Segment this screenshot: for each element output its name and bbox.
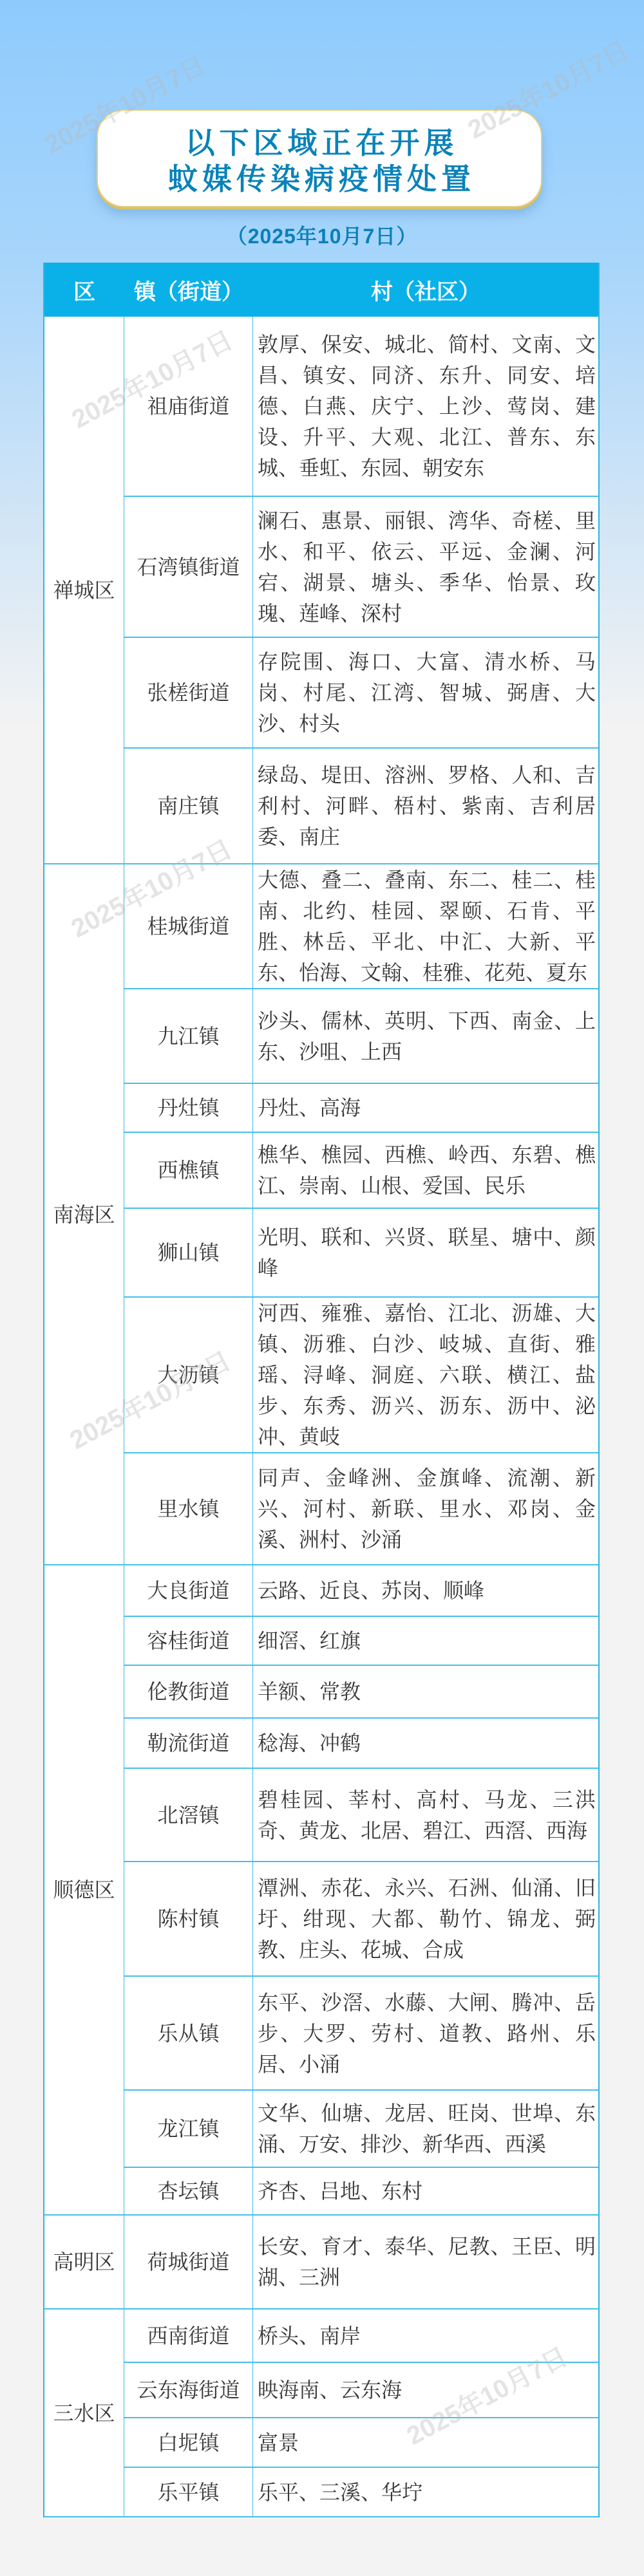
villages-cell: 细滘、红旗 [253,1617,598,1666]
villages-list: 乐平、三溪、华坾 [258,2477,596,2508]
villages-cell: 同声、金峰洲、金旗峰、流潮、新兴、河村、新联、里水、邓岗、金溪、洲村、沙涌 [253,1453,598,1565]
villages-cell: 大德、叠二、叠南、东二、桂二、桂南、北约、桂园、翠颐、石肯、平胜、林岳、平北、中… [253,864,598,989]
town-cell: 西樵镇 [124,1133,253,1209]
villages-list: 沙头、儒林、英明、下西、南金、上东、沙咀、上西 [258,1005,596,1067]
district-cell: 南海区 [44,864,124,1565]
villages-list: 同声、金峰洲、金旗峰、流潮、新兴、河村、新联、里水、邓岗、金溪、洲村、沙涌 [258,1462,596,1555]
town-cell: 乐从镇 [124,1977,253,2091]
villages-cell: 映海南、云东海 [253,2363,598,2418]
town-cell: 西南街道 [124,2310,253,2363]
villages-list: 澜石、惠景、丽银、湾华、奇槎、里水、和平、依云、平远、金澜、河宕、湖景、塘头、季… [258,505,596,629]
area-table: 区 镇（街道） 村（社区） 禅城区祖庙街道敦厚、保安、城北、简村、文南、文昌、镇… [43,263,600,2517]
district-cell: 禅城区 [44,317,124,864]
town-cell: 云东海街道 [124,2363,253,2418]
town-cell: 伦教街道 [124,1666,253,1719]
villages-cell: 存院围、海口、大富、清水桥、马岗、村尾、江湾、智城、弼唐、大沙、村头 [253,638,598,749]
date-label: （2025年10月7日） [0,223,644,249]
villages-cell: 齐杏、吕地、东村 [253,2168,598,2216]
header-town: 镇（街道） [124,263,253,317]
district-cell: 高明区 [44,2216,124,2310]
villages-list: 河西、雍雅、嘉怡、江北、沥雄、大镇、沥雅、白沙、岐城、直街、雅瑶、浔峰、洞庭、六… [258,1298,596,1452]
villages-cell: 丹灶、高海 [253,1084,598,1133]
villages-cell: 光明、联和、兴贤、联星、塘中、颜峰 [253,1209,598,1298]
villages-list: 富景 [258,2427,596,2458]
town-cell: 南庄镇 [124,749,253,864]
villages-cell: 桥头、南岸 [253,2310,598,2363]
villages-list: 敦厚、保安、城北、简村、文南、文昌、镇安、同济、东升、同安、培德、白燕、庆宁、上… [258,329,596,483]
villages-cell: 长安、育才、泰华、尼教、王臣、明湖、三洲 [253,2216,598,2310]
header-village: 村（社区） [253,263,598,317]
villages-list: 绿岛、堤田、溶洲、罗格、人和、吉利村、河畔、梧村、紫南、吉利居委、南庄 [258,760,596,852]
town-cell: 大良街道 [124,1565,253,1617]
villages-cell: 稔海、冲鹤 [253,1719,598,1769]
villages-cell: 河西、雍雅、嘉怡、江北、沥雄、大镇、沥雅、白沙、岐城、直街、雅瑶、浔峰、洞庭、六… [253,1298,598,1453]
notice-page: 以下区域正在开展 蚊媒传染病疫情处置 （2025年10月7日） 区 镇（街道） … [0,0,644,2576]
villages-list: 云路、近良、苏岗、顺峰 [258,1575,596,1606]
district-cell: 顺德区 [44,1565,124,2216]
town-cell: 乐平镇 [124,2468,253,2517]
villages-cell: 羊额、常教 [253,1666,598,1719]
villages-cell: 富景 [253,2418,598,2468]
villages-list: 长安、育才、泰华、尼教、王臣、明湖、三洲 [258,2231,596,2293]
town-cell: 祖庙街道 [124,317,253,497]
town-cell: 大沥镇 [124,1298,253,1453]
villages-list: 光明、联和、兴贤、联星、塘中、颜峰 [258,1222,596,1283]
villages-cell: 潭洲、赤花、永兴、石洲、仙涌、旧圩、绀现、大都、勒竹、锦龙、弼教、庄头、花城、合… [253,1862,598,1977]
villages-list: 桥头、南岸 [258,2320,596,2351]
town-cell: 北滘镇 [124,1769,253,1862]
town-cell: 白坭镇 [124,2418,253,2468]
villages-cell: 樵华、樵园、西樵、岭西、东碧、樵江、崇南、山根、爱国、民乐 [253,1133,598,1209]
villages-list: 丹灶、高海 [258,1092,596,1123]
town-cell: 荷城街道 [124,2216,253,2310]
town-cell: 勒流街道 [124,1719,253,1769]
title-line-1: 以下区域正在开展 [98,125,541,161]
villages-cell: 绿岛、堤田、溶洲、罗格、人和、吉利村、河畔、梧村、紫南、吉利居委、南庄 [253,749,598,864]
villages-cell: 云路、近良、苏岗、顺峰 [253,1565,598,1617]
villages-list: 齐杏、吕地、东村 [258,2176,596,2207]
district-cell: 三水区 [44,2310,124,2517]
villages-list: 文华、仙塘、龙居、旺岗、世埠、东涌、万安、排沙、新华西、西溪 [258,2098,596,2160]
town-cell: 石湾镇街道 [124,497,253,638]
villages-list: 碧桂园、莘村、高村、马龙、三洪奇、黄龙、北居、碧江、西滘、西海 [258,1784,596,1846]
villages-list: 东平、沙滘、水藤、大闸、腾冲、岳步、大罗、劳村、道教、路州、乐居、小涌 [258,1987,596,2080]
town-cell: 桂城街道 [124,864,253,989]
villages-list: 存院围、海口、大富、清水桥、马岗、村尾、江湾、智城、弼唐、大沙、村头 [258,646,596,739]
header-district: 区 [44,263,124,317]
villages-list: 细滘、红旗 [258,1625,596,1656]
town-cell: 龙江镇 [124,2091,253,2168]
title-line-2: 蚊媒传染病疫情处置 [98,161,541,197]
villages-list: 潭洲、赤花、永兴、石洲、仙涌、旧圩、绀现、大都、勒竹、锦龙、弼教、庄头、花城、合… [258,1872,596,1965]
villages-cell: 澜石、惠景、丽银、湾华、奇槎、里水、和平、依云、平远、金澜、河宕、湖景、塘头、季… [253,497,598,638]
villages-cell: 沙头、儒林、英明、下西、南金、上东、沙咀、上西 [253,989,598,1084]
town-cell: 容桂街道 [124,1617,253,1666]
town-cell: 丹灶镇 [124,1084,253,1133]
villages-list: 稔海、冲鹤 [258,1728,596,1759]
town-cell: 九江镇 [124,989,253,1084]
villages-list: 樵华、樵园、西樵、岭西、东碧、樵江、崇南、山根、爱国、民乐 [258,1139,596,1201]
villages-cell: 敦厚、保安、城北、简村、文南、文昌、镇安、同济、东升、同安、培德、白燕、庆宁、上… [253,317,598,497]
town-cell: 里水镇 [124,1453,253,1565]
villages-cell: 文华、仙塘、龙居、旺岗、世埠、东涌、万安、排沙、新华西、西溪 [253,2091,598,2168]
title-card: 以下区域正在开展 蚊媒传染病疫情处置 [97,109,542,207]
villages-cell: 碧桂园、莘村、高村、马龙、三洪奇、黄龙、北居、碧江、西滘、西海 [253,1769,598,1862]
town-cell: 陈村镇 [124,1862,253,1977]
town-cell: 张槎街道 [124,638,253,749]
villages-list: 大德、叠二、叠南、东二、桂二、桂南、北约、桂园、翠颐、石肯、平胜、林岳、平北、中… [258,864,596,988]
villages-list: 映海南、云东海 [258,2375,596,2405]
villages-list: 羊额、常教 [258,1676,596,1707]
town-cell: 杏坛镇 [124,2168,253,2216]
villages-cell: 东平、沙滘、水藤、大闸、腾冲、岳步、大罗、劳村、道教、路州、乐居、小涌 [253,1977,598,2091]
town-cell: 狮山镇 [124,1209,253,1298]
villages-cell: 乐平、三溪、华坾 [253,2468,598,2517]
